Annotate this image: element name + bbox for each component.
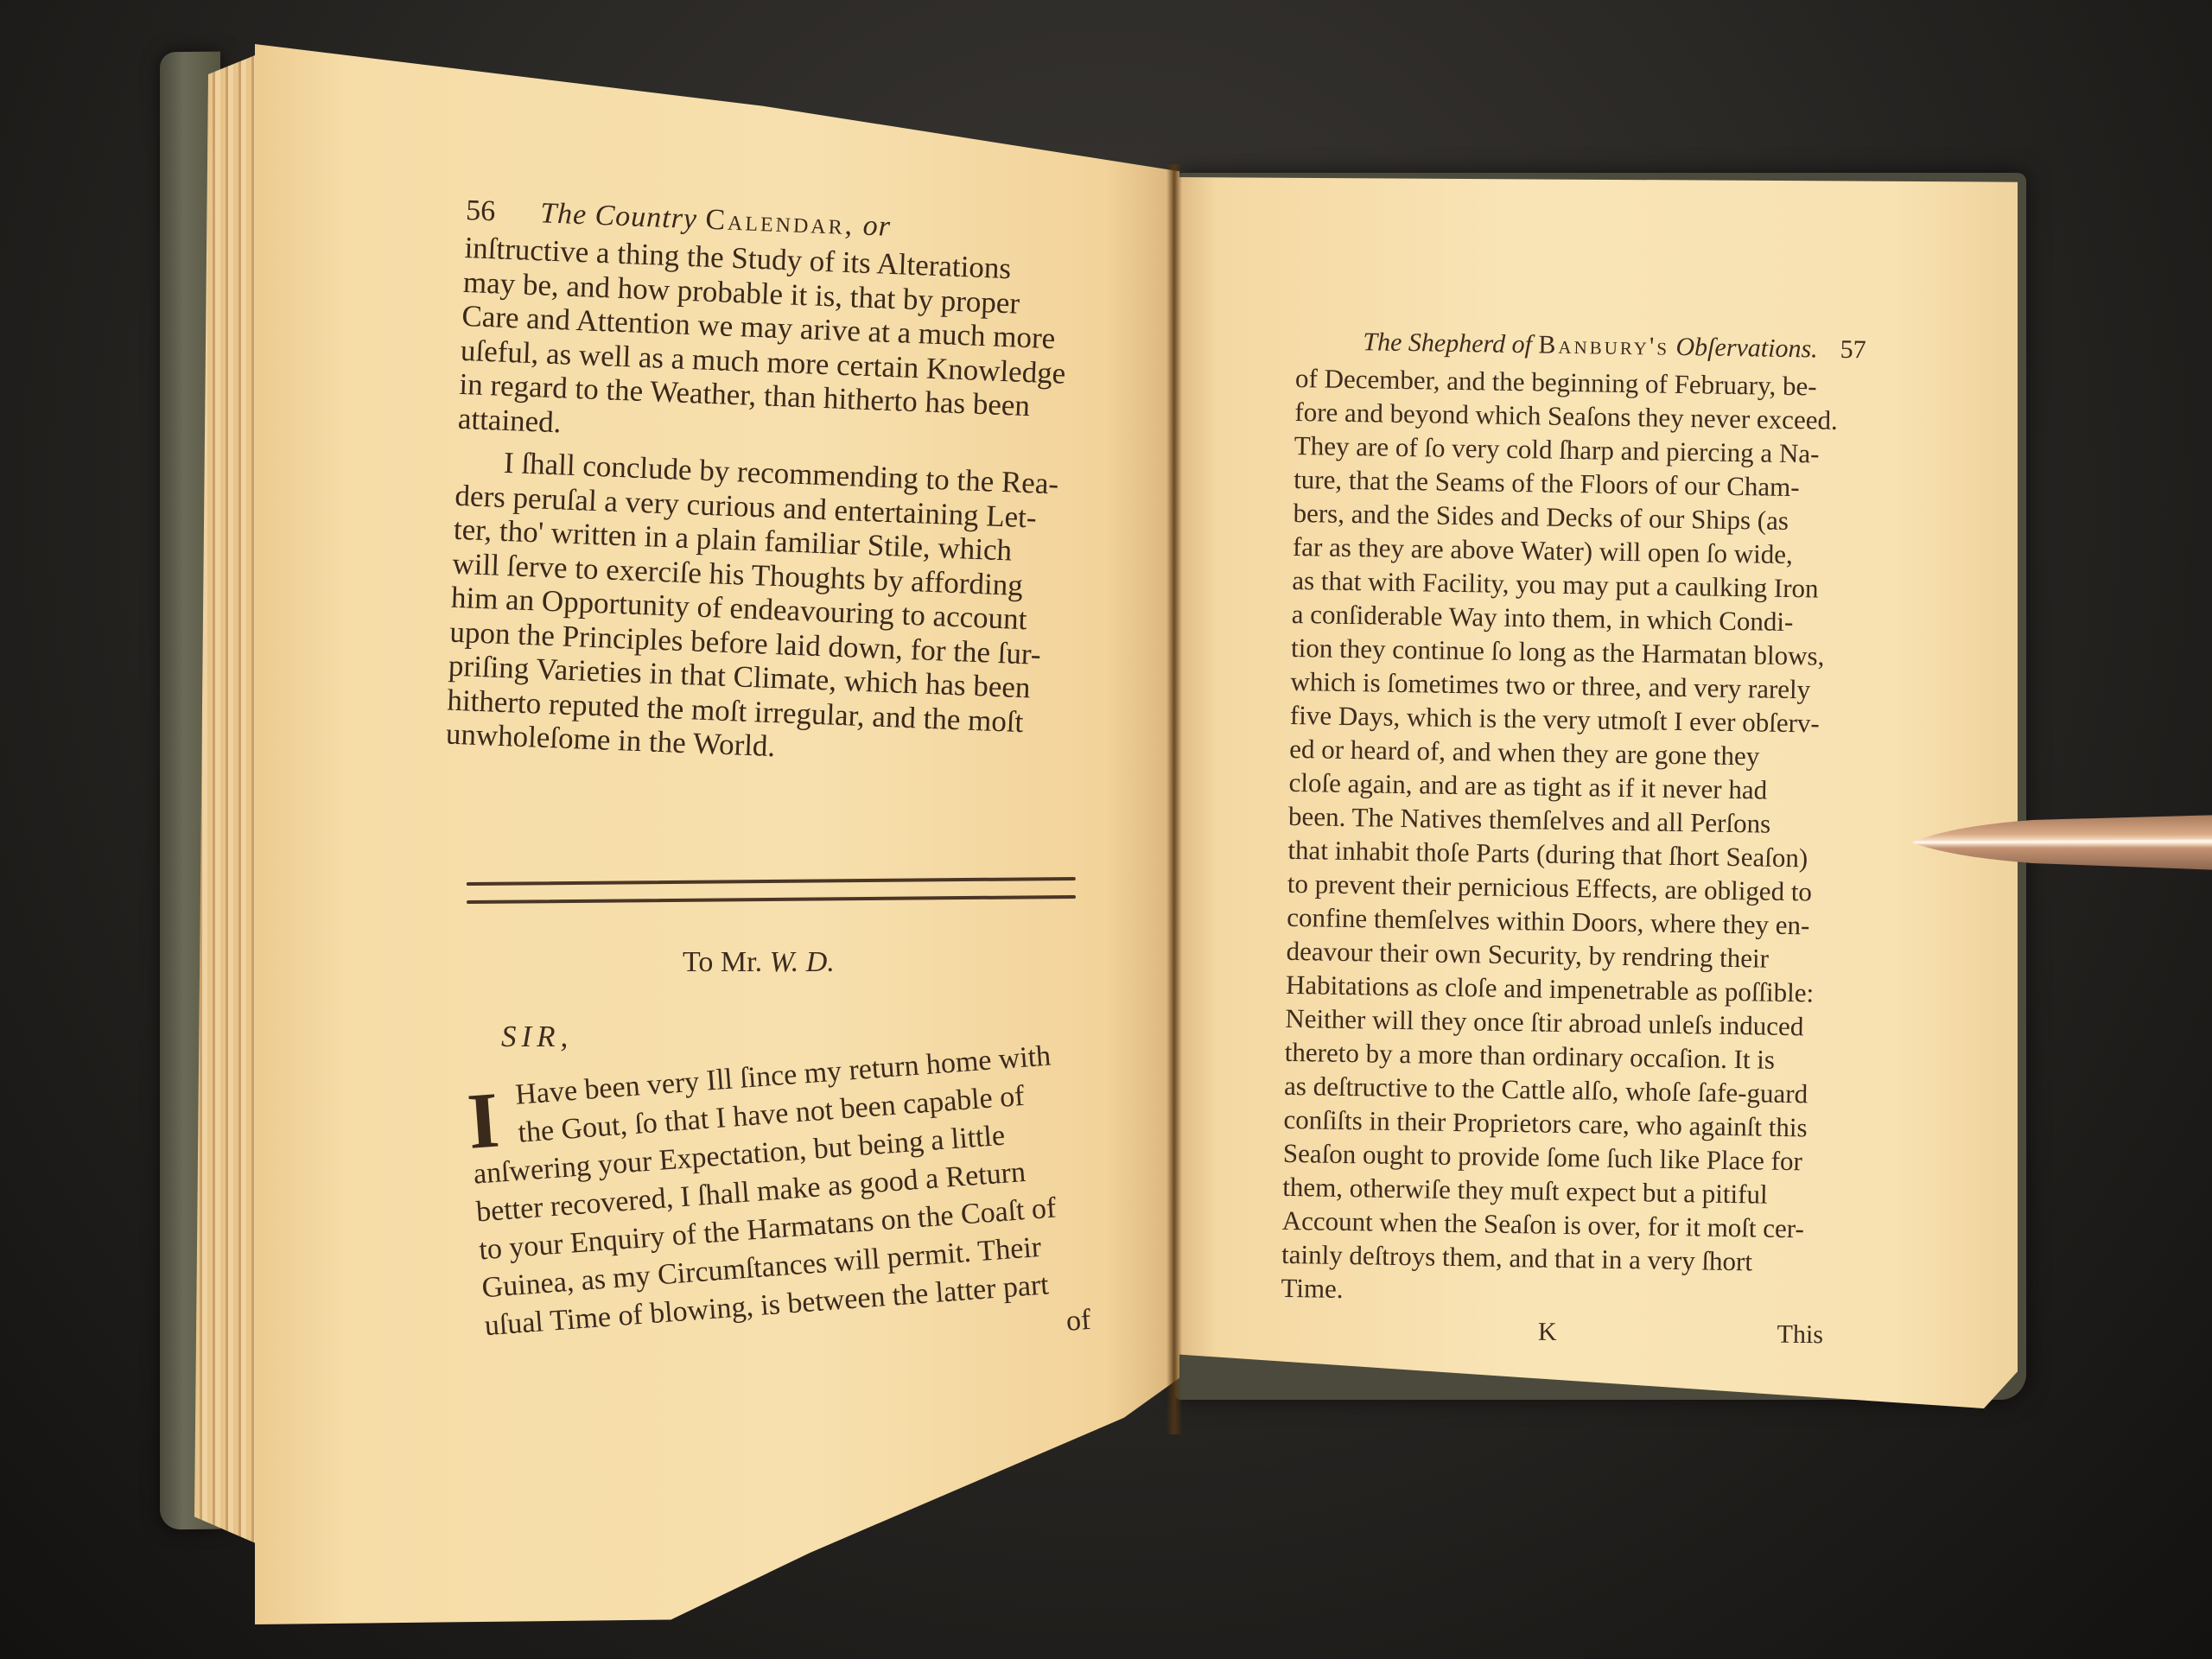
right-page-text: The Shepherd of Banbury's Obſervations. …	[1281, 327, 1866, 1313]
letter-opener-icon	[1911, 808, 2212, 877]
paragraph-1: inſtructive a thing the Study of its Alt…	[457, 231, 1083, 459]
double-rule-divider	[467, 877, 1076, 918]
right-page-footer: K This	[1296, 1315, 1823, 1350]
drop-cap: I	[465, 1084, 501, 1158]
letter-salutation: SIR,	[501, 1020, 573, 1054]
letter-addressee: To Mr. W. D.	[683, 946, 835, 979]
running-head-title: The Shepherd of Banbury's Obſervations.	[1363, 327, 1818, 364]
photo-scene: 56 The Country Calendar, or inſtructive …	[0, 0, 2212, 1659]
book-gutter	[1166, 164, 1182, 1434]
page-number-left: 56	[466, 194, 496, 228]
letter-body: I Have been very Ill ſince my return hom…	[467, 1036, 1092, 1383]
left-page-text: 56 The Country Calendar, or inſtructive …	[445, 194, 1084, 774]
signature-mark: K	[1538, 1318, 1557, 1347]
page-number-right: 57	[1840, 335, 1866, 365]
paragraph-2: I ſhall conclude by recommending to the …	[445, 444, 1074, 775]
catchword: This	[1777, 1320, 1823, 1351]
